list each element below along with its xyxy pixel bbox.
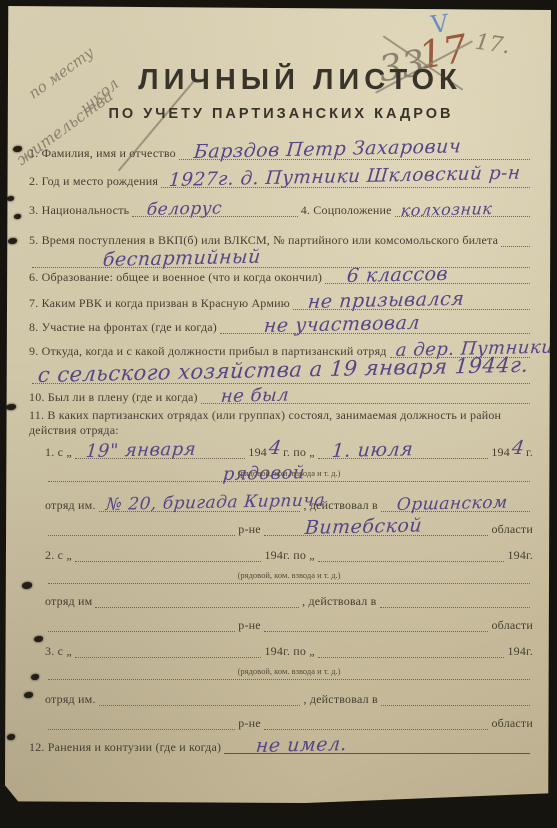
acted-label: , действовал в: [302, 594, 376, 608]
entry-line: [318, 642, 505, 658]
field-label: 1. Фамилия, имя и отчество: [29, 146, 176, 160]
entry-line: [380, 592, 531, 608]
handwritten-value: не имел.: [255, 733, 348, 757]
handwritten-value: Барздов Петр Захарович: [193, 135, 462, 163]
field-label: 8. Участие на фронтах (где и когда): [29, 320, 217, 334]
page-title: ЛИЧНЫЙ ЛИСТОК: [5, 64, 551, 97]
handwritten-year: 4: [510, 437, 525, 459]
entry-line: 1. июля: [318, 443, 489, 459]
paper-hole: [6, 404, 16, 410]
field-rvk: 7. Каким РВК и когда призван в Красную А…: [29, 294, 533, 310]
field-line: 6 классов: [325, 268, 530, 284]
year-print: 194: [491, 445, 510, 459]
entry-position: (рядовой, ком. взвода и т. д.): [45, 568, 533, 584]
check-icon: V: [430, 9, 450, 39]
field-units-header: 11. В каких партизанских отрядах (или гр…: [29, 408, 534, 438]
handwritten-date: 19" января: [85, 439, 197, 462]
entry-position: рядовой (рядовой, ком. взвода и т. д.): [45, 466, 533, 482]
entry-line: [99, 690, 301, 706]
entry-line: [95, 592, 299, 608]
field-label: 12. Ранения и контузии (где и когда): [29, 740, 221, 754]
field-line: [501, 231, 530, 247]
handwritten-value: 1927г. д. Путники Шкловский р-н: [168, 163, 521, 191]
field-label: 11. В каких партизанских отрядах (или гр…: [29, 408, 501, 437]
entry-dates: 2. с „ 194 г. по „ 194 г.: [45, 546, 533, 562]
entry-district: р-не области: [45, 616, 533, 632]
handwritten-date: 1. июля: [331, 438, 414, 462]
paper-hole: [7, 734, 15, 740]
district-label: р-не: [238, 522, 261, 536]
entry-line: [48, 616, 235, 632]
year-print: 194: [248, 445, 267, 459]
handwritten-value: колхозник: [400, 199, 493, 220]
paper-hole: [34, 636, 43, 642]
field-label: 2. Год и место рождения: [29, 174, 158, 188]
field-arrival-line2: с сельского хозяйства а 19 января 1944г.: [29, 366, 533, 384]
entry-line: Оршанском: [381, 496, 530, 512]
district-label: р-не: [238, 618, 261, 632]
paper-hole: [8, 238, 17, 244]
entry-dates: 1. с „ 19" января 194 4 г. по „ 1. июля …: [45, 443, 533, 459]
unit-label: отряд им.: [45, 692, 96, 706]
field-label: 3. Национальность: [29, 203, 129, 217]
handwritten-value: не был: [220, 385, 290, 407]
entry-mid: г. по „: [283, 644, 315, 658]
entry-unit: отряд им , действовал в: [45, 592, 533, 608]
field-line: с сельского хозяйства а 19 января 1944г.: [32, 368, 530, 384]
entry-line: Витебской: [264, 520, 489, 536]
handwritten-value: 6 классов: [346, 263, 449, 287]
oblast-label: области: [491, 716, 533, 730]
year-print: 194: [264, 644, 283, 658]
field-label: 10. Был ли в плену (где и когда): [29, 390, 198, 404]
entry-dates: 3. с „ 194 г. по „ 194 г.: [45, 642, 533, 658]
handwritten-value: не призывался: [307, 288, 465, 313]
position-hint: (рядовой, ком. взвода и т. д.): [238, 468, 341, 478]
handwritten-unit: № 20, бригада Кирпича: [105, 490, 326, 515]
field-fronts: 8. Участие на фронтах (где и когда) не у…: [29, 318, 533, 334]
field-education: 6. Образование: общее и военное (что и к…: [29, 268, 533, 284]
unit-label: отряд им.: [45, 498, 96, 512]
paper-hole: [24, 692, 33, 698]
position-hint: (рядовой, ком. взвода и т. д.): [238, 666, 341, 676]
field-line: беспартийный: [32, 252, 530, 268]
entry-line: [318, 546, 505, 562]
field-nationality-social: 3. Национальность белорус 4. Соцположени…: [29, 201, 533, 217]
entry-line: рядовой (рядовой, ком. взвода и т. д.): [48, 466, 530, 482]
entry-line: [75, 642, 262, 658]
oblast-label: области: [491, 522, 533, 536]
field-label: 6. Образование: общее и военное (что и к…: [29, 270, 322, 284]
paper-hole: [7, 196, 14, 201]
field-line: не призывался: [293, 294, 530, 310]
position-hint: (рядовой, ком. взвода и т. д.): [238, 570, 341, 580]
handwritten-year: 4: [267, 437, 282, 459]
entry-prefix: 2. с „: [45, 548, 72, 562]
entry-prefix: 1. с „: [45, 445, 72, 459]
field-line: Барздов Петр Захарович: [179, 144, 530, 160]
field-surname: 1. Фамилия, имя и отчество Барздов Петр …: [29, 144, 533, 160]
year-print: 194: [507, 644, 526, 658]
small-number: 17.: [473, 30, 511, 60]
field-line: колхозник: [395, 201, 530, 217]
field-line: 1927г. д. Путники Шкловский р-н: [161, 172, 530, 188]
paper-hole: [31, 674, 39, 680]
entry-line: [264, 714, 489, 730]
field-party: 5. Время поступления в ВКП(б) или ВЛКСМ,…: [29, 231, 533, 247]
entry-line: [381, 690, 530, 706]
entry-suffix: г.: [526, 644, 533, 658]
entry-position: (рядовой, ком. взвода и т. д.): [45, 664, 533, 680]
entry-mid: г. по „: [283, 445, 315, 459]
entry-line: (рядовой, ком. взвода и т. д.): [48, 664, 530, 680]
acted-label: , действовал в: [303, 692, 377, 706]
field-line: белорус: [132, 201, 297, 217]
page-subtitle: ПО УЧЕТУ ПАРТИЗАНСКИХ КАДРОВ: [5, 106, 551, 122]
field-line: не участвовал: [220, 318, 530, 334]
document-page: по месту жительства школ 33 17 17. V ЛИЧ…: [5, 6, 551, 816]
handwritten-region: Оршанском: [396, 493, 508, 515]
field-label: 7. Каким РВК и когда призван в Красную А…: [29, 296, 290, 310]
entry-district: р-не области: [45, 714, 533, 730]
entry-line: [48, 520, 235, 536]
field-label: 5. Время поступления в ВКП(б) или ВЛКСМ,…: [29, 233, 498, 247]
oblast-label: области: [491, 618, 533, 632]
unit-label: отряд им: [45, 594, 92, 608]
handwritten-oblast: Витебской: [304, 515, 423, 539]
field-line: не имел.: [224, 738, 530, 754]
year-print: 194: [507, 548, 526, 562]
scan-background: по месту жительства школ 33 17 17. V ЛИЧ…: [0, 0, 557, 828]
entry-prefix: 3. с „: [45, 644, 72, 658]
entry-suffix: г.: [526, 548, 533, 562]
year-print: 194: [264, 548, 283, 562]
entry-line: [75, 546, 262, 562]
field-line: не был: [201, 388, 530, 404]
handwritten-value: не участвовал: [263, 312, 421, 337]
entry-suffix: г.: [526, 445, 533, 459]
field-party-value-line: беспартийный: [29, 252, 533, 268]
entry-unit: отряд им. , действовал в: [45, 690, 533, 706]
entry-unit: отряд им. № 20, бригада Кирпича , действ…: [45, 496, 533, 512]
field-wounds: 12. Ранения и контузии (где и когда) не …: [29, 738, 533, 754]
entry-line: [264, 616, 489, 632]
field-captivity: 10. Был ли в плену (где и когда) не был: [29, 388, 533, 404]
field-birth: 2. Год и место рождения 1927г. д. Путник…: [29, 172, 533, 188]
entry-line: [48, 714, 235, 730]
paper-hole: [14, 214, 21, 219]
entry-mid: г. по „: [283, 548, 315, 562]
handwritten-value: белорус: [146, 198, 223, 220]
field-label: 4. Соцположение: [301, 203, 392, 217]
entry-district: р-не Витебской области: [45, 520, 533, 536]
paper-hole: [22, 582, 32, 589]
entry-line: (рядовой, ком. взвода и т. д.): [48, 568, 530, 584]
entry-line: 19" января: [75, 443, 246, 459]
district-label: р-не: [238, 716, 261, 730]
entry-line: № 20, бригада Кирпича: [99, 496, 301, 512]
